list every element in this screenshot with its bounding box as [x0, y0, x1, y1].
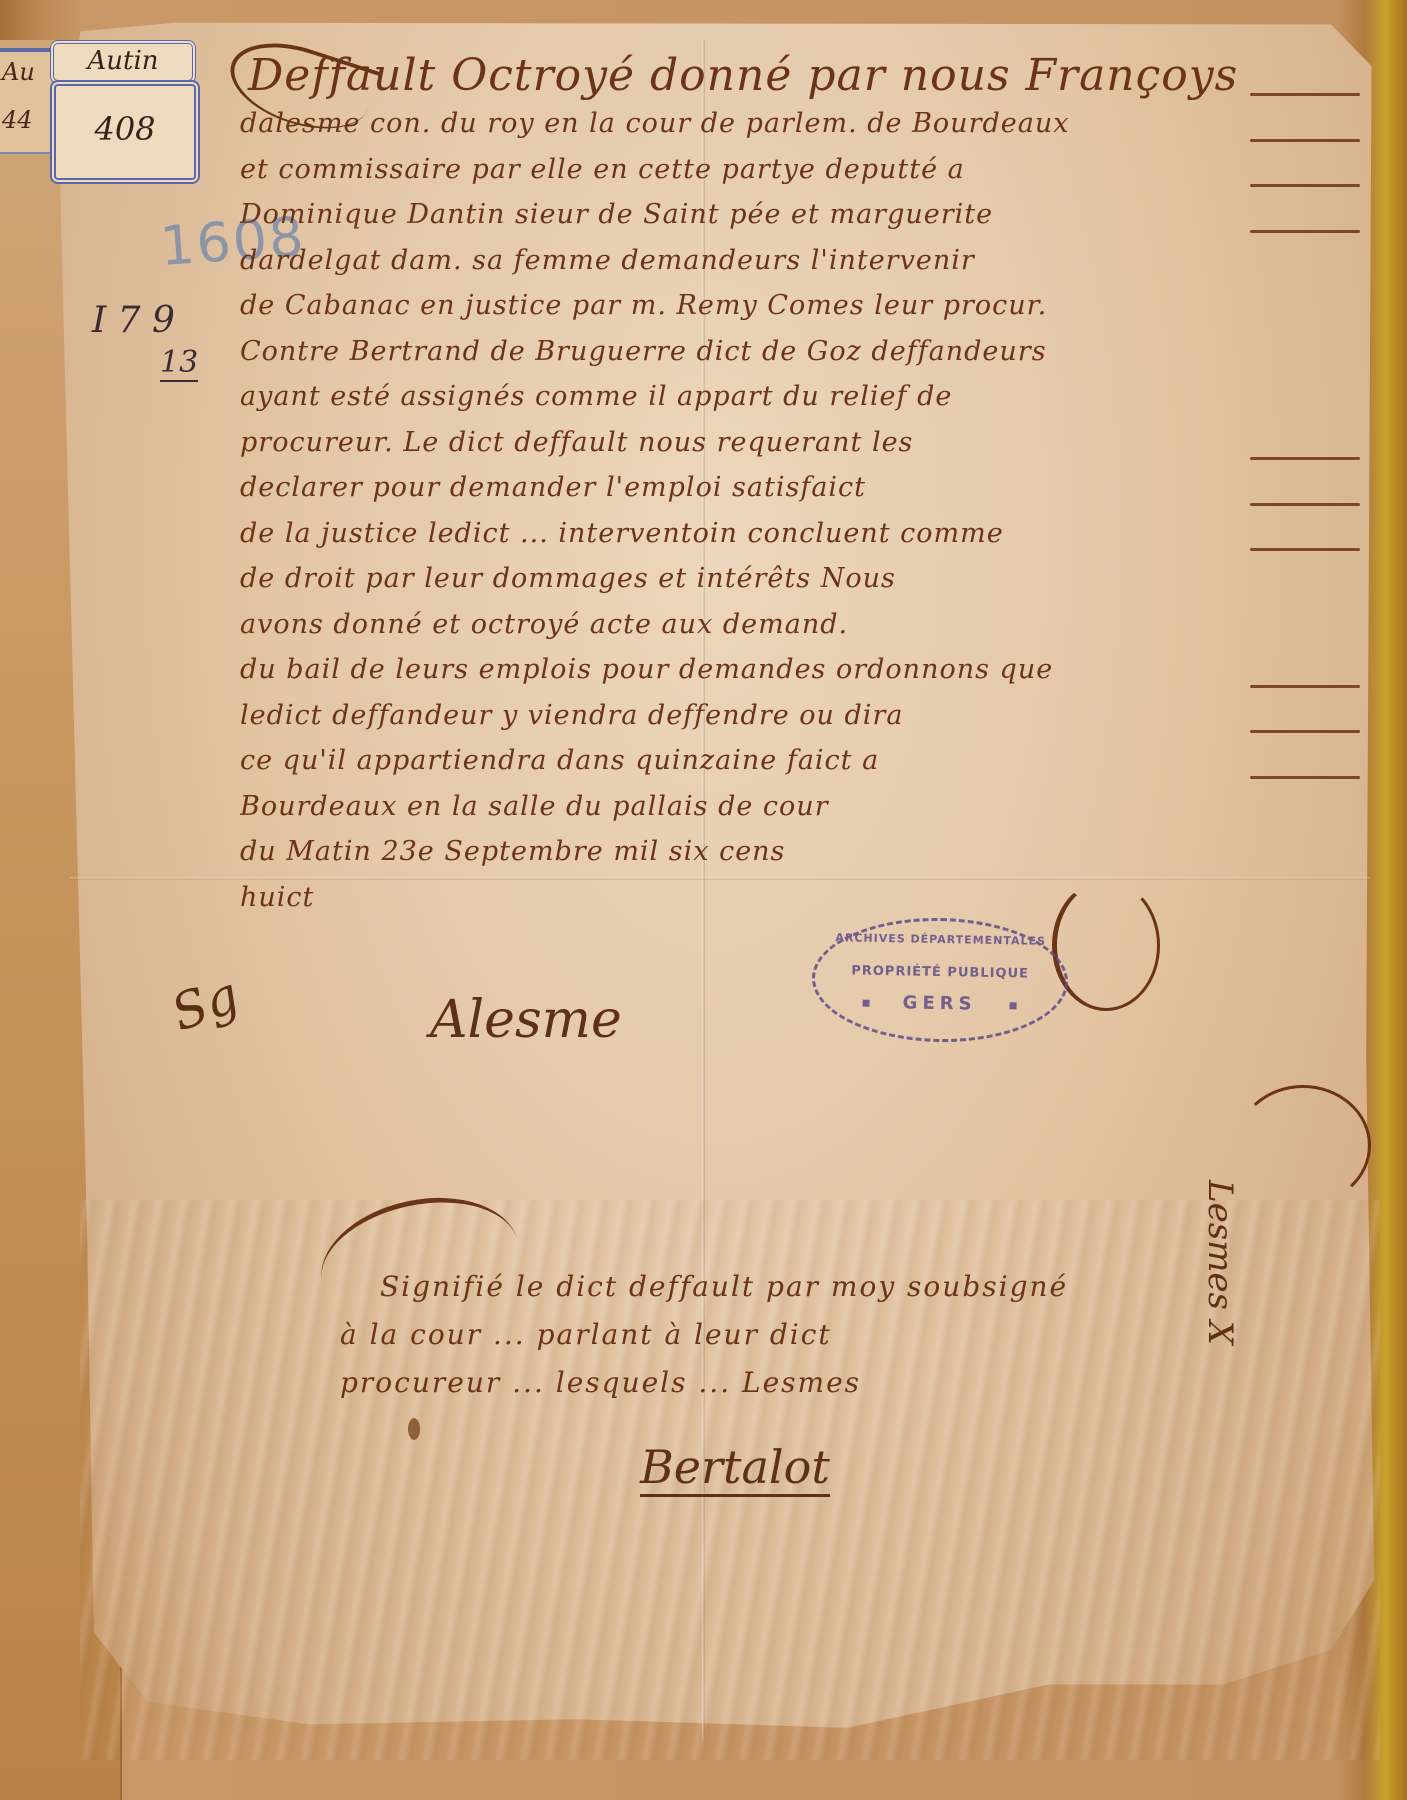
underlying-label-name: Au: [2, 58, 35, 86]
text-line: huict: [240, 882, 1360, 928]
service-text-line: Signifié le dict deffault par moy soubsi…: [340, 1270, 1260, 1318]
text-line: avons donné et octroyé acte aux demand.: [240, 609, 1360, 655]
text-line: Dominique Dantin sieur de Saint pée et m…: [240, 199, 1360, 245]
text-line: Bourdeaux en la salle du pallais de cour: [240, 791, 1360, 837]
text-line: ayant esté assignés comme il appart du r…: [240, 381, 1360, 427]
text-line: de Cabanac en justice par m. Remy Comes …: [240, 290, 1360, 336]
underlying-label-number: 44: [2, 106, 33, 134]
text-line: procureur. Le dict deffault nous requera…: [240, 427, 1360, 473]
service-text-line: à la cour ... parlant à leur dict: [340, 1318, 1260, 1366]
text-line: et commissaire par elle en cette partye …: [240, 154, 1360, 200]
text-line: declarer pour demander l'emploi satisfai…: [240, 472, 1360, 518]
text-line: ledict deffandeur y viendra deffendre ou…: [240, 700, 1360, 746]
circle-flourish-icon: [1052, 880, 1160, 1011]
reference-mark-1: I 7 9: [92, 300, 175, 341]
signature-alesme: Alesme: [430, 990, 622, 1050]
stamp-line-2: PROPRIÉTÉ PUBLIQUE: [815, 963, 1065, 982]
service-text-line: procureur ... lesquels ... Lesmes: [340, 1366, 1260, 1414]
main-text-block: Deffault Octroyé donné par nous Françoys…: [240, 50, 1360, 927]
text-line: dalesme con. du roy en la cour de parlem…: [240, 108, 1360, 154]
underlying-archive-label: Au 44: [0, 48, 52, 154]
text-line: ce qu'il appartiendra dans quinzaine fai…: [240, 745, 1360, 791]
text-line: Deffault Octroyé donné par nous Françoys: [240, 50, 1360, 108]
text-line: du bail de leurs emplois pour demandes o…: [240, 654, 1360, 700]
archive-label-name: Autin: [54, 46, 192, 76]
stamp-line-3: GERS: [814, 991, 1064, 1016]
signature-bertalot: Bertalot: [640, 1440, 830, 1497]
text-line: du Matin 23e Septembre mil six cens: [240, 836, 1360, 882]
archive-label-name-box: Autin: [50, 40, 196, 84]
stamp-square-icon: [1010, 1002, 1017, 1009]
text-line: de droit par leur dommages et intérêts N…: [240, 563, 1360, 609]
text-line: Contre Bertrand de Bruguerre dict de Goz…: [240, 336, 1360, 382]
text-line: de la justice ledict ... interventoin co…: [240, 518, 1360, 564]
archive-label-number: 408: [56, 110, 194, 148]
service-note-block: Signifié le dict deffault par moy soubsi…: [340, 1270, 1260, 1414]
ink-blot: [408, 1418, 420, 1440]
text-line: dardelgat dam. sa femme demandeurs l'int…: [240, 245, 1360, 291]
margin-circle-flourish-icon: [1235, 1085, 1371, 1206]
archive-label: Autin 408: [50, 38, 200, 178]
reference-mark-2: 13: [160, 345, 198, 382]
archive-label-number-box: 408: [50, 80, 200, 184]
